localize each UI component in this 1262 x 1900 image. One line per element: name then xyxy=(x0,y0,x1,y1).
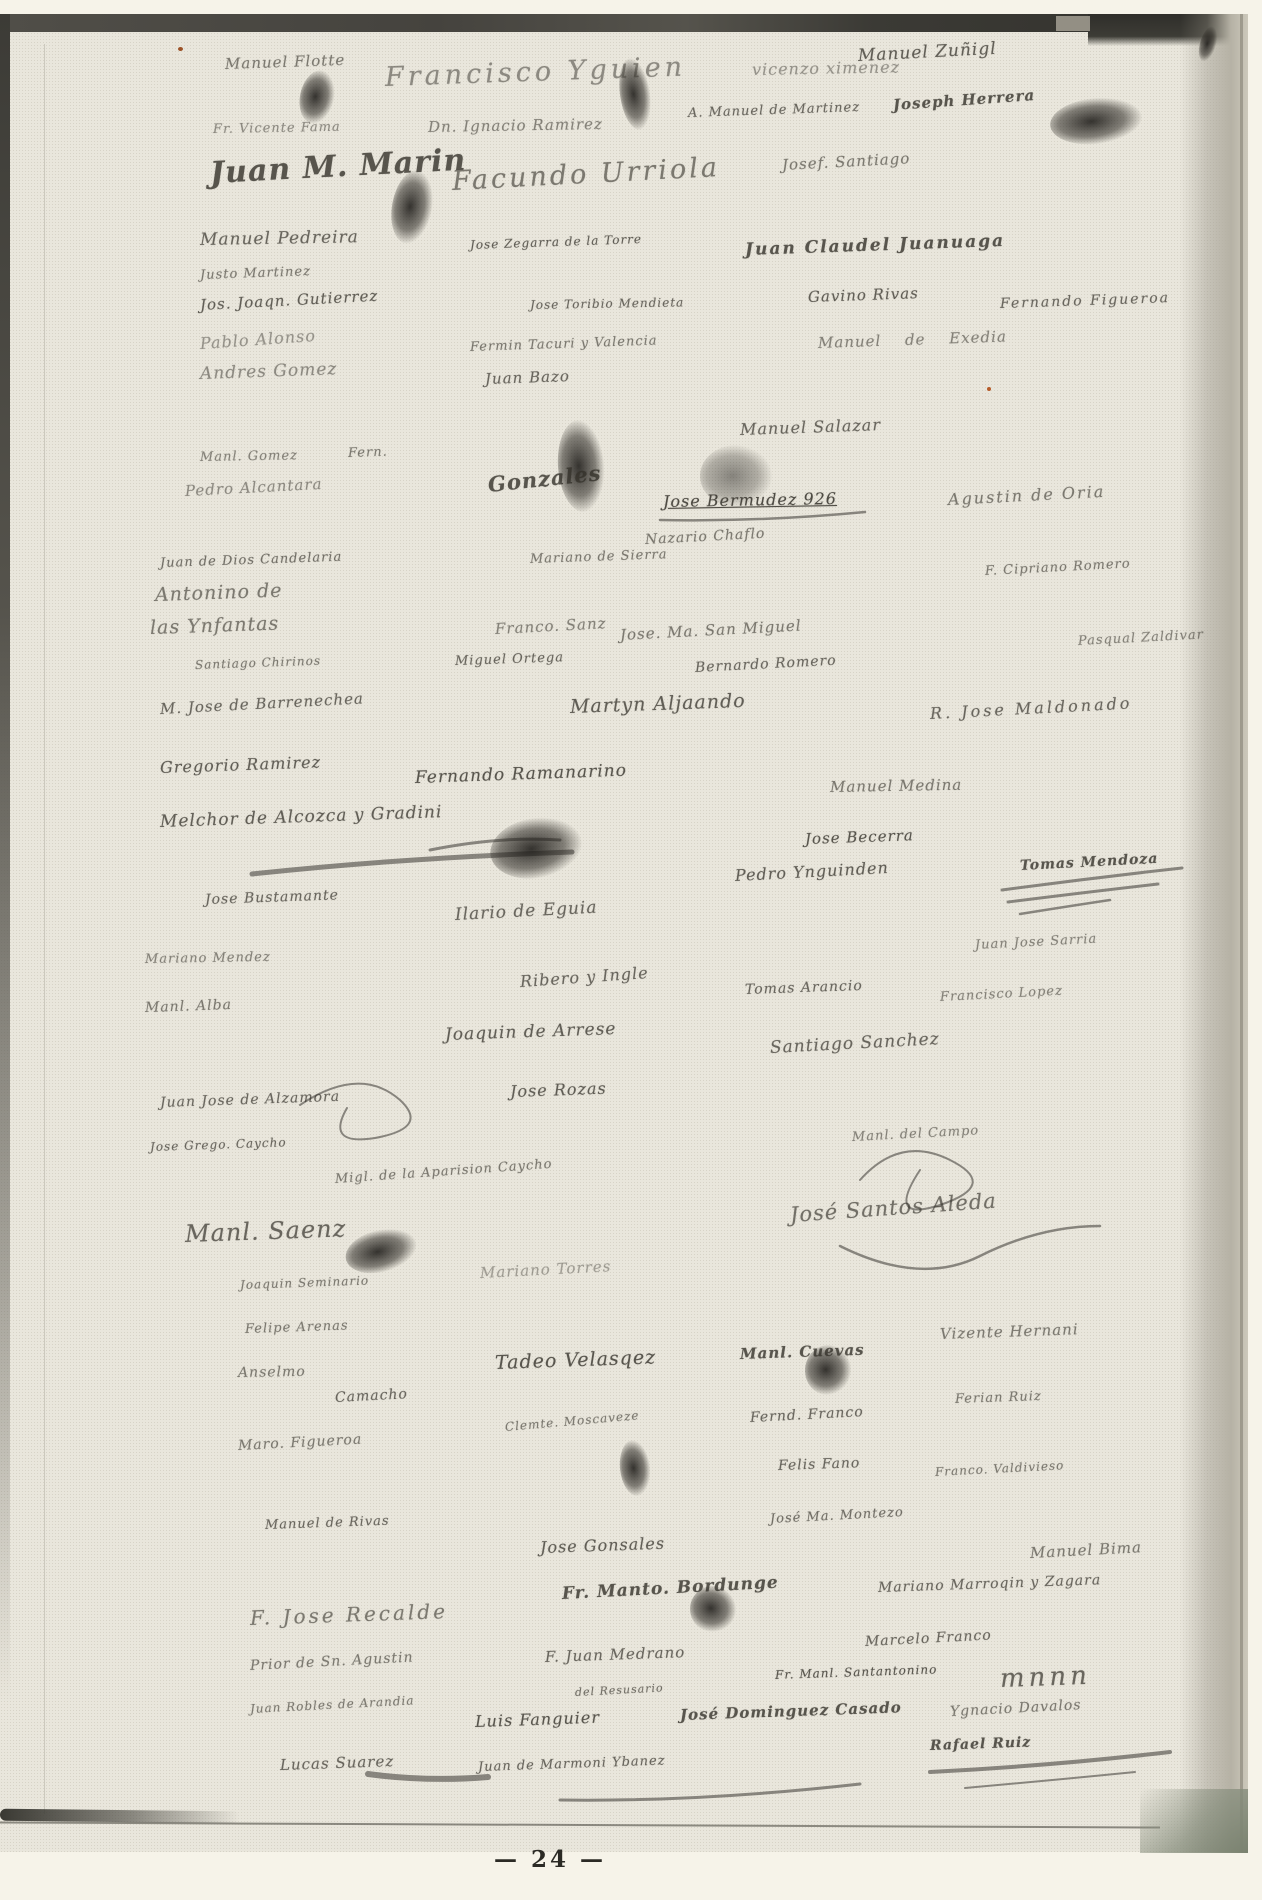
signature: Jose Bustamante xyxy=(205,887,339,908)
signature: Pedro Alcantara xyxy=(185,475,323,500)
signature: Juan M. Marin xyxy=(209,143,467,191)
page-number: — 24 — xyxy=(300,1846,800,1873)
signature: M. Jose de Barrenechea xyxy=(160,689,365,718)
signature: Manuel Zuñigl xyxy=(857,39,997,66)
signature: F. Juan Medrano xyxy=(545,1643,686,1666)
signature: Jose Rozas xyxy=(510,1079,607,1101)
signature: Tomas Arancio xyxy=(745,978,863,998)
signature: Tadeo Velasqez xyxy=(495,1346,657,1374)
signature: Fernd. Franco xyxy=(750,1404,865,1426)
signature: Manuel Pedreira xyxy=(200,227,359,250)
signature: Jose. Ma. San Miguel xyxy=(620,617,802,644)
signature: Luis Fanguier xyxy=(475,1708,601,1731)
signature: Migl. de la Aparision Caycho xyxy=(334,1157,552,1187)
signature: José Dominguez Casado xyxy=(680,1698,902,1724)
signature: Clemte. Moscaveze xyxy=(504,1408,640,1434)
signature: Jose Toribio Mendieta xyxy=(530,295,684,312)
signature: Fr. Manto. Bordunge xyxy=(561,1573,779,1604)
signature: Jose Grego. Caycho xyxy=(150,1135,287,1154)
signature: Anselmo xyxy=(238,1364,306,1381)
signature: Juan Jose de Alzamora xyxy=(160,1089,341,1111)
signature: Juan Claudel Juanuaga xyxy=(745,231,1006,260)
signature: Gregorio Ramirez xyxy=(160,752,322,777)
signature: Juan de Dios Candelaria xyxy=(160,550,343,571)
signature: Vizente Hernani xyxy=(940,1320,1079,1343)
signature: Rafael Ruiz xyxy=(930,1734,1032,1754)
signature: Tomas Mendoza xyxy=(1020,851,1159,874)
signature: Antonino de xyxy=(155,580,283,606)
signature: Bernardo Romero xyxy=(695,653,837,676)
signature: Jose Becerra xyxy=(805,826,914,848)
signature: Dn. Ignacio Ramirez xyxy=(428,115,603,136)
signatures-layer: Manuel FlotteFrancisco Yguienvicenzo xim… xyxy=(0,0,1262,1900)
signature: Josef. Santiago xyxy=(782,149,911,174)
signature: Jose Bermudez 926 xyxy=(663,489,837,511)
signature: mnnn xyxy=(999,1661,1091,1694)
signature: Manuel Medina xyxy=(830,776,963,796)
signature: Pedro Ynguinden xyxy=(735,858,890,885)
signature: Franco. Valdivieso xyxy=(935,1458,1065,1479)
signature: Manl. Gomez xyxy=(200,448,298,465)
signature: A. Manuel de Martinez xyxy=(688,100,861,121)
signature: Nazario Chaflo xyxy=(645,526,766,548)
signature: Mariano Marroqin y Zagara xyxy=(878,1572,1102,1596)
signature: Joseph Herrera xyxy=(892,86,1035,114)
signature: F. Cipriano Romero xyxy=(985,556,1131,579)
signature: Fr. Manl. Santantonino xyxy=(775,1662,938,1682)
signature: Fernando Ramanarino xyxy=(415,761,628,788)
signature: Facundo Urriola xyxy=(451,152,720,197)
signature: Ygnacio Davalos xyxy=(950,1697,1082,1720)
signature: Mariano de Sierra xyxy=(530,547,668,567)
signature: las Ynfantas xyxy=(150,612,280,638)
signature: Manl. Cuevas xyxy=(740,1341,865,1363)
signature: Franco. Sanz xyxy=(495,614,607,638)
signature: Marcelo Franco xyxy=(865,1627,993,1650)
signature: Mariano Torres xyxy=(480,1257,612,1282)
signature: F. Jose Recalde xyxy=(250,1599,449,1630)
signature: Joaquin Seminario xyxy=(240,1273,370,1292)
signature: Jos. Joaqn. Gutierrez xyxy=(200,287,379,314)
signature: Manuel Salazar xyxy=(740,415,882,439)
signature: Juan Bazo xyxy=(485,367,571,388)
signature: Ilario de Eguia xyxy=(454,898,598,925)
signature: Santiago Chirinos xyxy=(195,654,321,672)
signature: Camacho xyxy=(335,1386,409,1406)
signature: Miguel Ortega xyxy=(455,650,564,669)
signature: R. Jose Maldonado xyxy=(930,693,1133,723)
signature: Gonzales xyxy=(487,460,603,497)
signature: Francisco Lopez xyxy=(940,984,1064,1005)
signature: Pablo Alonso xyxy=(199,326,316,353)
signature: Maro. Figueroa xyxy=(238,1432,363,1454)
signature: Juan Jose Sarria xyxy=(975,932,1098,953)
signature: Lucas Suarez xyxy=(280,1752,395,1774)
signature: Fr. Vicente Fama xyxy=(213,120,341,137)
signature: Fernando Figueroa xyxy=(1000,290,1171,312)
signature: Juan Robles de Arandia xyxy=(250,1693,415,1716)
signature: Felis Fano xyxy=(778,1455,861,1474)
signature: Mariano Mendez xyxy=(145,950,271,967)
signature: Gavino Rivas xyxy=(808,284,919,306)
signature: Jose Zegarra de la Torre xyxy=(470,232,642,252)
signature: Felipe Arenas xyxy=(245,1318,349,1337)
signature: Manl. del Campo xyxy=(852,1123,980,1145)
signature: Fern. xyxy=(348,445,388,461)
signature: Martyn Aljaando xyxy=(570,690,746,718)
signature: Melchor de Alcozca y Gradini xyxy=(160,802,443,832)
signature: Ribero y Ingle xyxy=(519,963,649,991)
signature: Manuel de Exedia xyxy=(818,327,1007,352)
signature: Francisco Yguien xyxy=(384,51,686,92)
signature: José Ma. Montezo xyxy=(770,1505,905,1527)
signature: Prior de Sn. Agustin xyxy=(250,1649,414,1674)
signature: Jose Gonsales xyxy=(540,1534,666,1557)
signature: Fermin Tacuri y Valencia xyxy=(470,333,658,355)
signature: Santiago Sanchez xyxy=(769,1029,940,1058)
signature: Manl. Saenz xyxy=(185,1214,347,1248)
signature: Justo Martinez xyxy=(200,264,311,283)
signature: José Santos Aleda xyxy=(789,1189,997,1227)
signature: Ferian Ruiz xyxy=(955,1389,1042,1407)
signature: Manuel de Rivas xyxy=(265,1514,390,1533)
signature: Manuel Flotte xyxy=(225,51,346,73)
signature: Andres Gomez xyxy=(200,359,338,384)
signature: Joaquin de Arrese xyxy=(445,1019,617,1045)
signature: Pasqual Zaldivar xyxy=(1078,627,1205,649)
signature: Manl. Alba xyxy=(145,997,232,1016)
signature: Manuel Bima xyxy=(1030,1538,1143,1562)
signature: Juan de Marmoni Ybanez xyxy=(478,1753,666,1775)
signature: Agustin de Oria xyxy=(948,482,1106,509)
signature: del Resusario xyxy=(575,1681,664,1699)
